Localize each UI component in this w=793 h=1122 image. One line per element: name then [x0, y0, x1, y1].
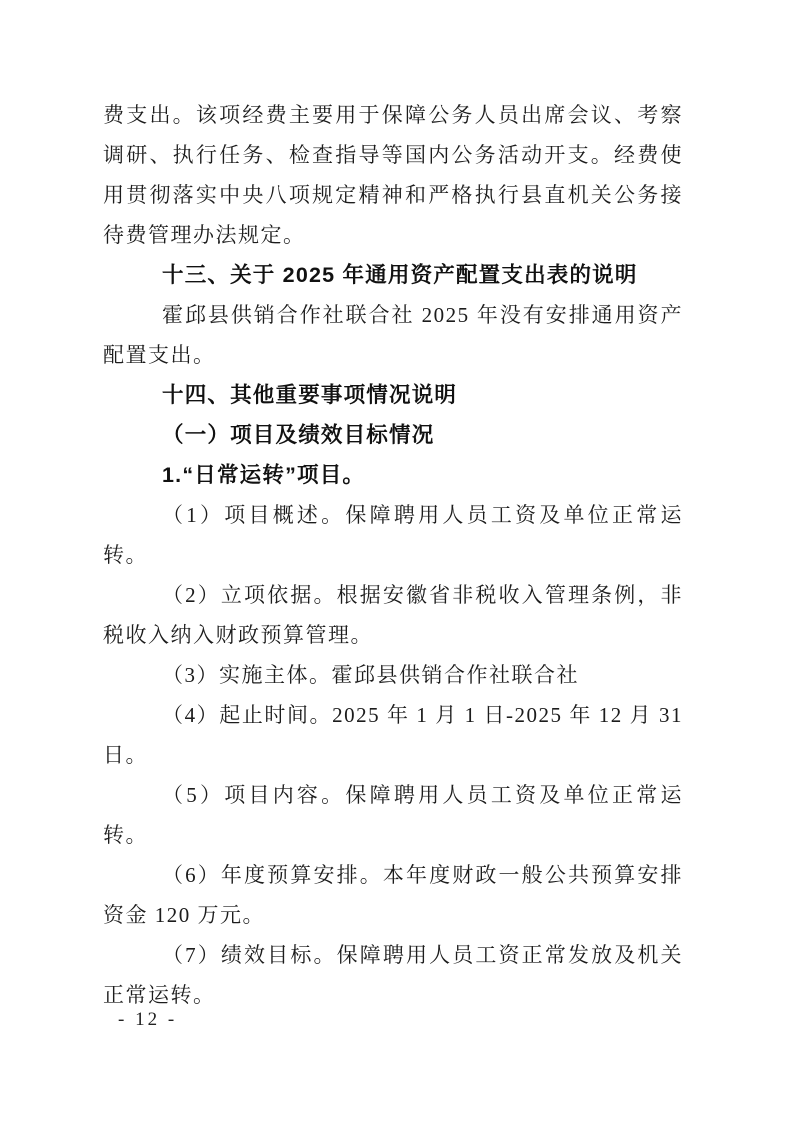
- paragraph-item-4: （4）起止时间。2025 年 1 月 1 日-2025 年 12 月 31 日。: [103, 695, 683, 775]
- paragraph-continuation: 费支出。该项经费主要用于保障公务人员出席会议、考察调研、执行任务、检查指导等国内…: [103, 95, 683, 255]
- page-number: - 12 -: [118, 1006, 177, 1034]
- document-body: 费支出。该项经费主要用于保障公务人员出席会议、考察调研、执行任务、检查指导等国内…: [103, 95, 683, 1015]
- paragraph: 霍邱县供销合作社联合社 2025 年没有安排通用资产配置支出。: [103, 295, 683, 375]
- paragraph-item-1: （1）项目概述。保障聘用人员工资及单位正常运转。: [103, 495, 683, 575]
- paragraph-item-7: （7）绩效目标。保障聘用人员工资正常发放及机关正常运转。: [103, 935, 683, 1015]
- paragraph-item-2: （2）立项依据。根据安徽省非税收入管理条例，非税收入纳入财政预算管理。: [103, 575, 683, 655]
- subsection-heading-project-goals: （一）项目及绩效目标情况: [103, 415, 683, 455]
- section-heading-14: 十四、其他重要事项情况说明: [103, 375, 683, 415]
- paragraph-item-3: （3）实施主体。霍邱县供销合作社联合社: [103, 655, 683, 695]
- subsection-heading-daily-operation-project: 1.“日常运转”项目。: [103, 455, 683, 495]
- section-heading-13: 十三、关于 2025 年通用资产配置支出表的说明: [103, 255, 683, 295]
- document-page: 费支出。该项经费主要用于保障公务人员出席会议、考察调研、执行任务、检查指导等国内…: [0, 0, 793, 1122]
- paragraph-item-6: （6）年度预算安排。本年度财政一般公共预算安排资金 120 万元。: [103, 855, 683, 935]
- paragraph-item-5: （5）项目内容。保障聘用人员工资及单位正常运转。: [103, 775, 683, 855]
